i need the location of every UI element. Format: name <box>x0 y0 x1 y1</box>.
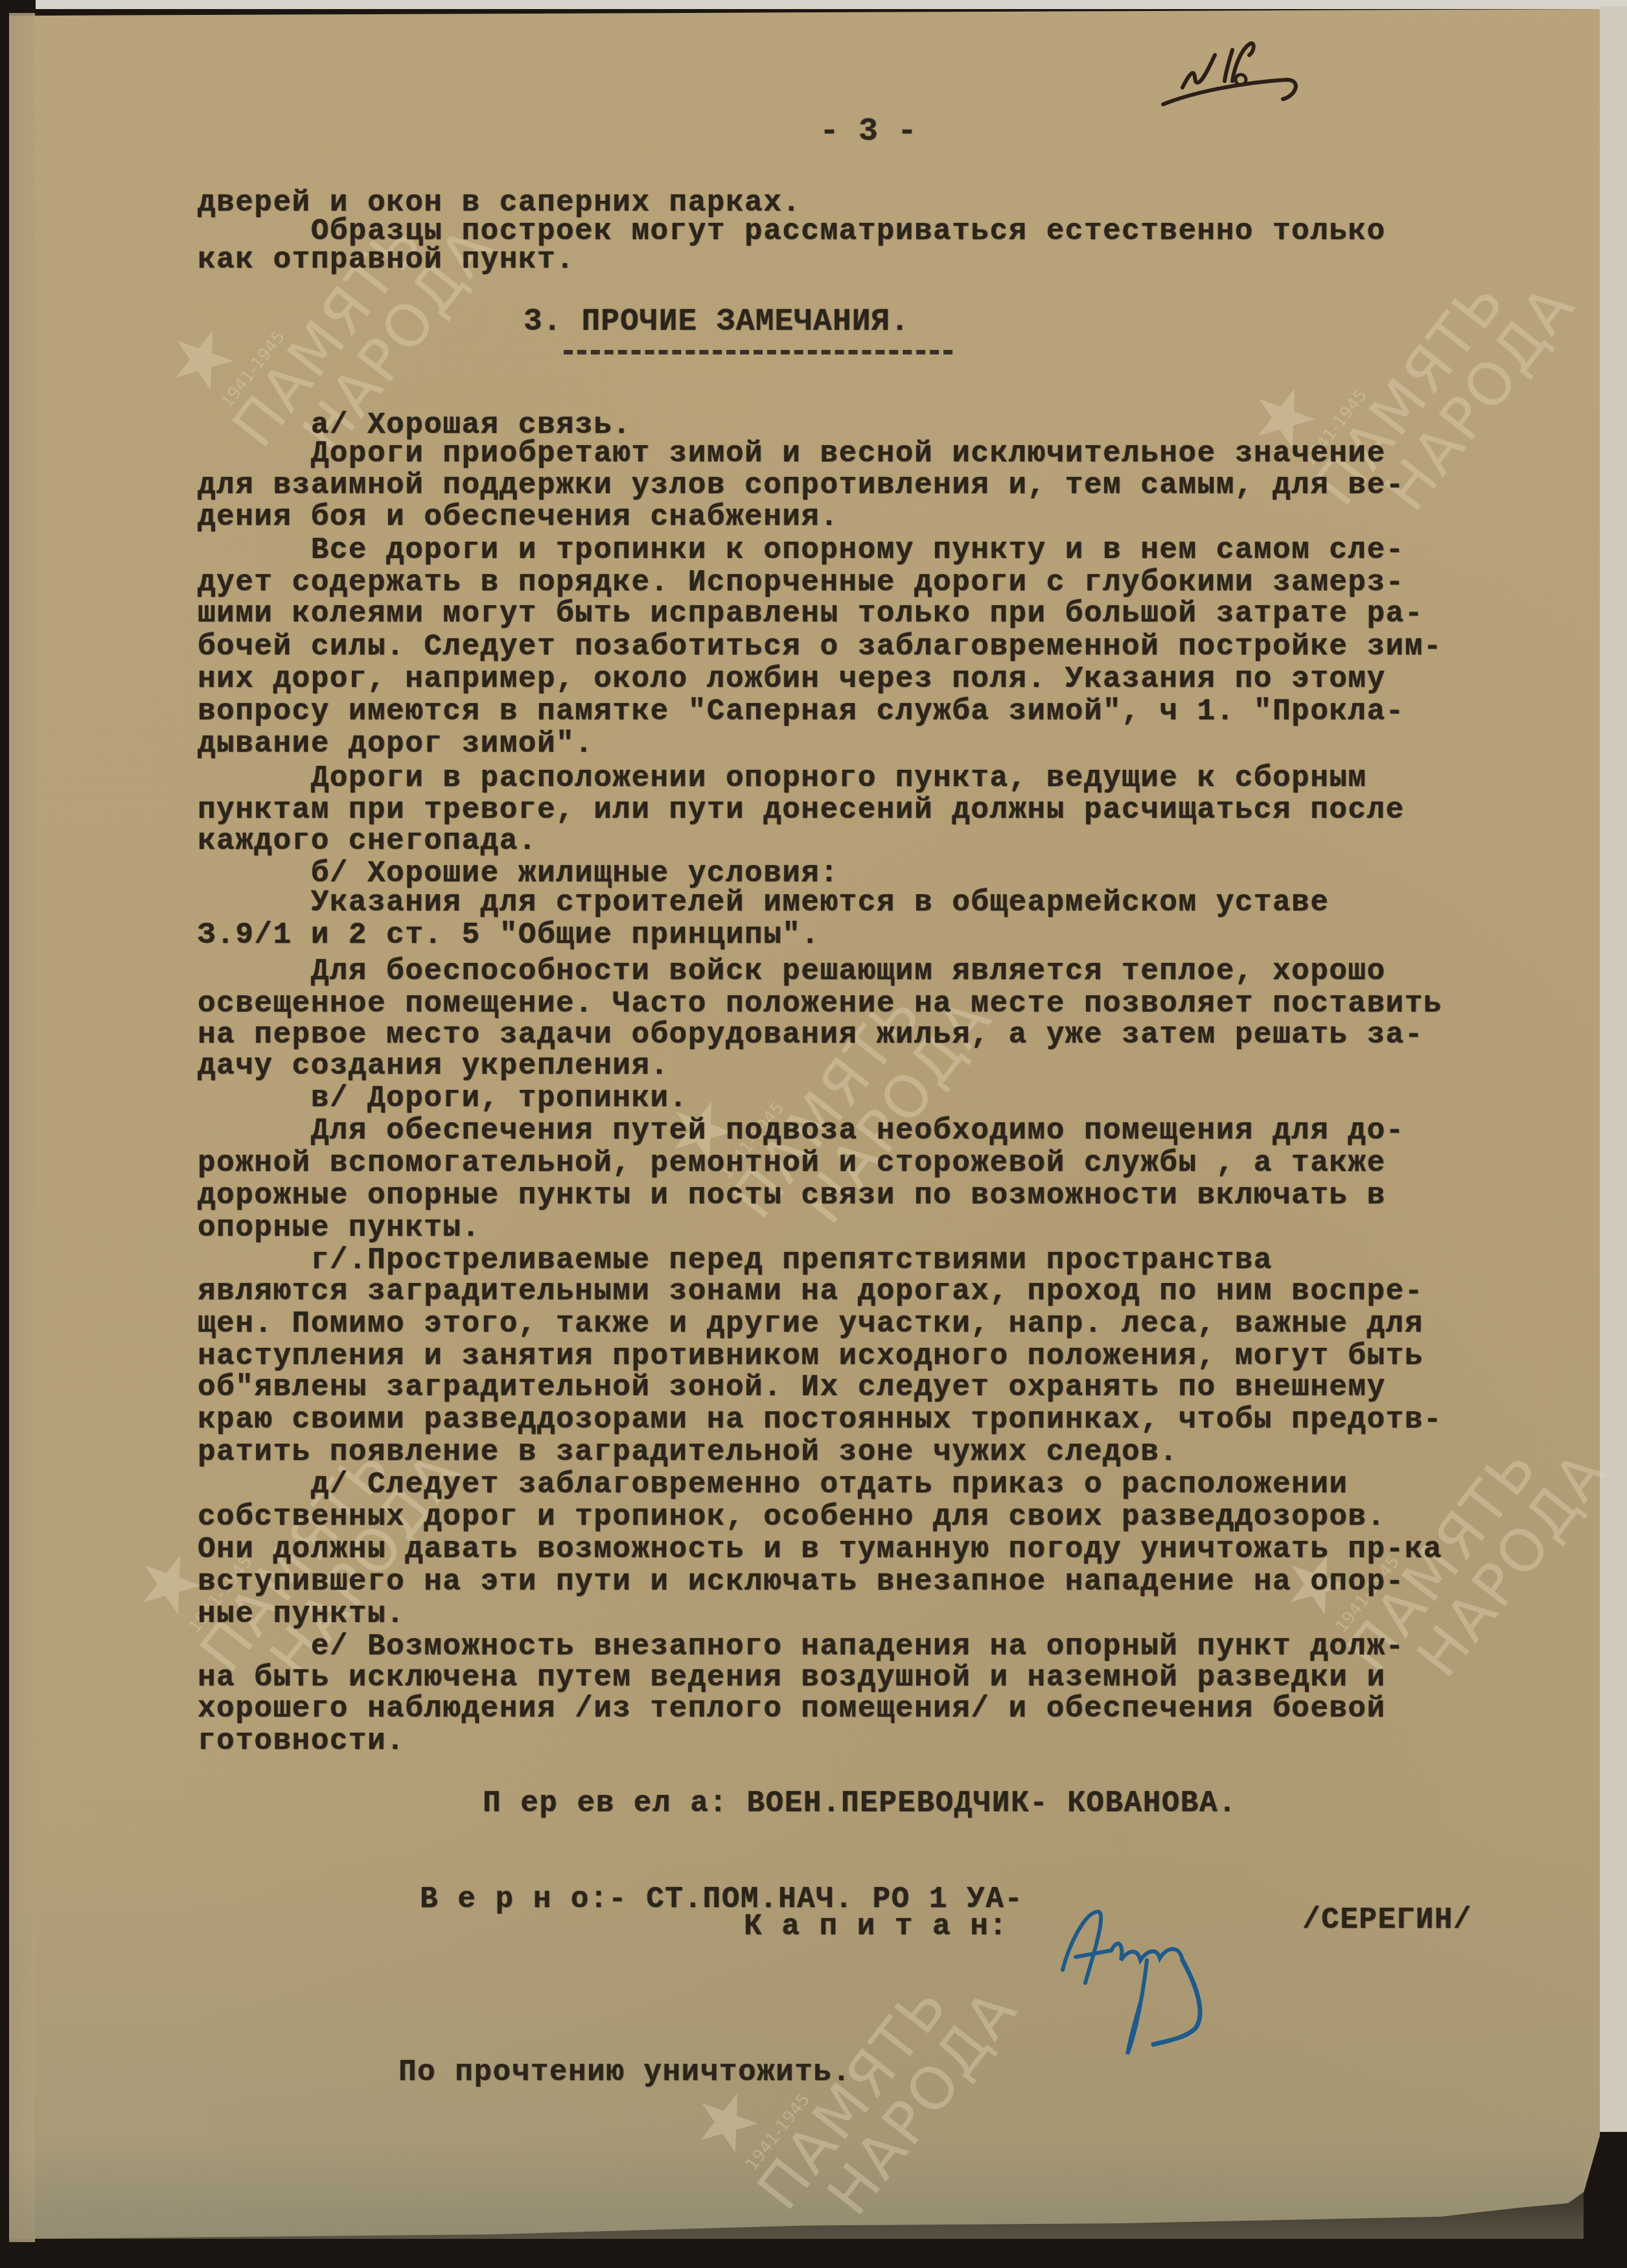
text-line: Дороги приобретают зимой и весной исключ… <box>198 439 1386 469</box>
text-line: ные пункты. <box>198 1599 405 1629</box>
text-line: шими колеями могут быть исправлены тольк… <box>198 599 1424 629</box>
text-line: дорожные опорные пункты и посты связи по… <box>198 1181 1386 1210</box>
page-number: - 3 - <box>820 113 917 150</box>
text-line: пунктам при тревоге, или пути донесений … <box>198 795 1405 825</box>
heading-underline <box>564 350 952 354</box>
text-line: дверей и окон в саперних парках. <box>198 188 801 218</box>
text-line: как отправной пункт. <box>198 245 575 275</box>
text-line: на быть исключена путем ведения воздушно… <box>198 1663 1386 1693</box>
text-line: в/ Дороги, тропинки. <box>198 1083 688 1113</box>
text-line: Они должны давать возможность и в туманн… <box>198 1534 1442 1564</box>
text-line: дачу создания укрепления. <box>198 1051 669 1081</box>
text-line: хорошего наблюдения /из теплого помещени… <box>198 1694 1386 1724</box>
text-line: вопросу имеются в памятке "Саперная служ… <box>198 697 1405 726</box>
text-line: Для боеспособности войск решающим являет… <box>198 956 1386 986</box>
text-line: на первое место задачи оборудования жиль… <box>198 1020 1424 1050</box>
text-line: готовности. <box>198 1726 405 1756</box>
section-heading: 3. ПРОЧИЕ ЗАМЕЧАНИЯ. <box>524 305 910 340</box>
text-line: дывание дорог зимой". <box>198 729 594 759</box>
handwritten-number-mark <box>1153 36 1309 107</box>
text-line: собственных дорог и тропинок, особенно д… <box>198 1502 1386 1532</box>
text-line: рожной вспомогательной, ремонтной и стор… <box>198 1148 1386 1178</box>
text-line: Дороги в расположении опорного пункта, в… <box>198 763 1367 793</box>
handwritten-signature <box>1050 1899 1264 2074</box>
text-line: Все дороги и тропинки к опорному пункту … <box>198 535 1405 565</box>
text-line: опорные пункты. <box>198 1213 481 1243</box>
footer-note: По прочтению уничтожить. <box>398 2057 851 2087</box>
text-line: б/ Хорошие жилищные условия: <box>198 859 839 888</box>
text-line: об"явлены заградительной зоной. Их следу… <box>198 1372 1386 1402</box>
text-line: краю своими разведдозорами на постоянных… <box>198 1405 1442 1435</box>
text-line: Образцы построек могут рассматриваться е… <box>198 216 1386 246</box>
text-line: г/.Простреливаемые перед препятствиями п… <box>198 1245 1273 1275</box>
document-page: - 3 - дверей и окон в саперних парках. О… <box>0 0 1627 2268</box>
text-line: дует содержать в порядке. Испорченные до… <box>198 568 1405 597</box>
rank-line: К а п и т а н: <box>744 1912 1008 1941</box>
signatory-name: /СЕРЕГИН/ <box>1302 1905 1472 1935</box>
text-line: являются заградительными зонами на дорог… <box>198 1277 1424 1306</box>
text-line: д/ Следует заблаговременно отдать приказ… <box>198 1470 1348 1499</box>
text-line: наступления и занятия противником исходн… <box>198 1341 1424 1371</box>
text-line: З.9/1 и 2 ст. 5 "Общие принципы". <box>198 920 820 950</box>
text-line: ратить появление в заградительной зоне ч… <box>198 1437 1178 1467</box>
text-line: для взаимной поддержки узлов сопротивлен… <box>198 470 1405 500</box>
text-line: каждого снегопада. <box>198 826 537 856</box>
text-line: вступившего на эти пути и исключать внез… <box>198 1567 1405 1597</box>
text-line: щен. Помимо этого, также и другие участк… <box>198 1309 1424 1339</box>
text-line: е/ Возможность внезапного нападения на о… <box>198 1632 1405 1661</box>
text-line: дения боя и обеспечения снабжения. <box>198 502 839 532</box>
text-line: Указания для строителей имеются в общеар… <box>198 888 1329 918</box>
translator-line: П ер ев ел а: ВОЕН.ПЕРЕВОДЧИК- КОВАНОВА. <box>483 1788 1237 1818</box>
text-line: Для обеспечения путей подвоза необходимо… <box>198 1116 1405 1146</box>
text-line: а/ Хорошая связь. <box>198 410 631 440</box>
text-line: бочей силы. Следует позаботиться о забла… <box>198 632 1442 662</box>
text-line: освещенное помещение. Часто положение на… <box>198 989 1442 1019</box>
text-line: них дорог, например, около ложбин через … <box>198 664 1386 694</box>
